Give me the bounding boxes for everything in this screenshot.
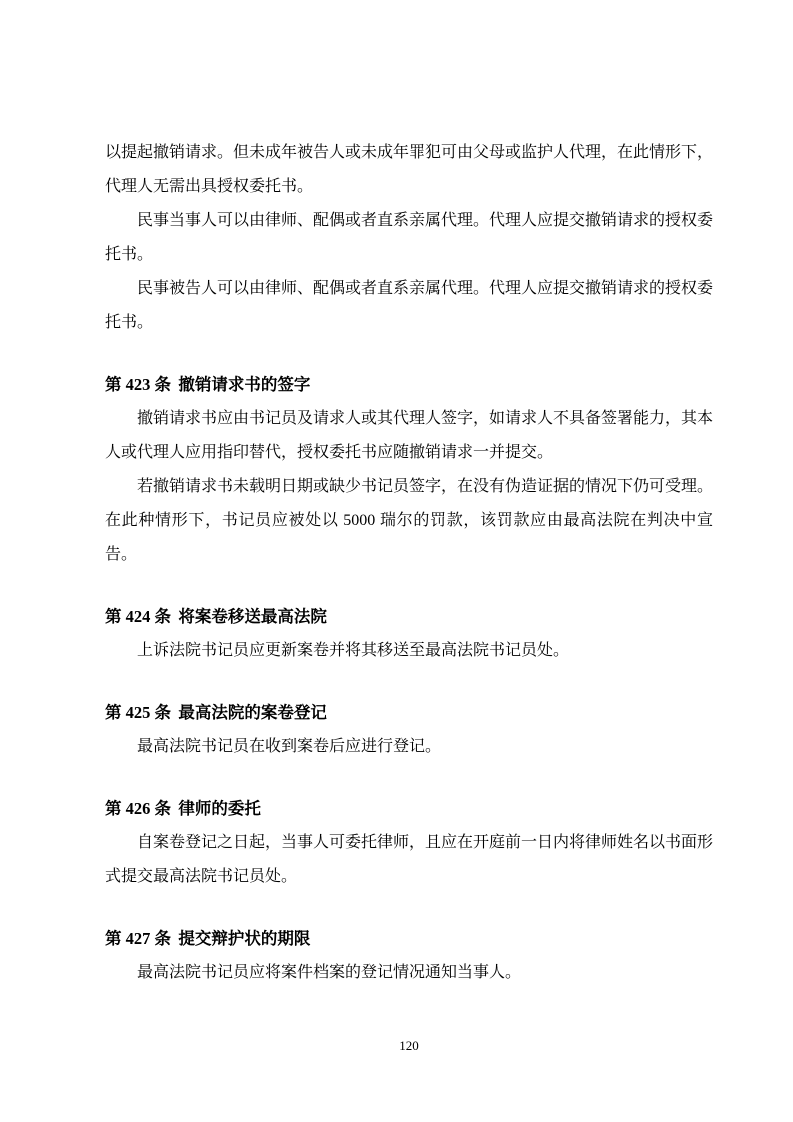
paragraph: 最高法院书记员在收到案卷后应进行登记。	[105, 730, 713, 764]
paragraph: 撤销请求书应由书记员及请求人或其代理人签字，如请求人不具备签署能力，其本人或代理…	[105, 402, 713, 470]
document-page: 以提起撤销请求。但未成年被告人或未成年罪犯可由父母或监护人代理，在此情形下，代理…	[0, 0, 793, 1122]
page-content: 以提起撤销请求。但未成年被告人或未成年罪犯可由父母或监护人代理，在此情形下，代理…	[105, 136, 713, 990]
article-425: 第 425 条最高法院的案卷登记 最高法院书记员在收到案卷后应进行登记。	[105, 696, 713, 764]
continuation-paragraph: 以提起撤销请求。但未成年被告人或未成年罪犯可由父母或监护人代理，在此情形下，代理…	[105, 136, 713, 204]
article-heading: 第 423 条撤销请求书的签字	[105, 368, 713, 402]
paragraph: 最高法院书记员应将案件档案的登记情况通知当事人。	[105, 956, 713, 990]
article-title: 提交辩护状的期限	[178, 929, 310, 948]
paragraph: 若撤销请求书未载明日期或缺少书记员签字，在没有伪造证据的情况下仍可受理。在此种情…	[105, 470, 713, 572]
article-number: 第 424 条	[105, 607, 171, 626]
paragraph: 民事当事人可以由律师、配偶或者直系亲属代理。代理人应提交撤销请求的授权委托书。	[105, 204, 713, 272]
paragraph: 民事被告人可以由律师、配偶或者直系亲属代理。代理人应提交撤销请求的授权委托书。	[105, 272, 713, 340]
article-heading: 第 425 条最高法院的案卷登记	[105, 696, 713, 730]
article-426: 第 426 条律师的委托 自案卷登记之日起，当事人可委托律师，且应在开庭前一日内…	[105, 792, 713, 894]
article-heading: 第 424 条将案卷移送最高法院	[105, 600, 713, 634]
article-number: 第 427 条	[105, 929, 171, 948]
paragraph: 上诉法院书记员应更新案卷并将其移送至最高法院书记员处。	[105, 634, 713, 668]
article-number: 第 425 条	[105, 703, 171, 722]
article-title: 将案卷移送最高法院	[178, 607, 327, 626]
article-423: 第 423 条撤销请求书的签字 撤销请求书应由书记员及请求人或其代理人签字，如请…	[105, 368, 713, 572]
article-number: 第 426 条	[105, 799, 171, 818]
article-number: 第 423 条	[105, 375, 171, 394]
article-title: 律师的委托	[178, 799, 261, 818]
article-title: 撤销请求书的签字	[178, 375, 310, 394]
article-427: 第 427 条提交辩护状的期限 最高法院书记员应将案件档案的登记情况通知当事人。	[105, 922, 713, 990]
article-heading: 第 427 条提交辩护状的期限	[105, 922, 713, 956]
article-424: 第 424 条将案卷移送最高法院 上诉法院书记员应更新案卷并将其移送至最高法院书…	[105, 600, 713, 668]
article-title: 最高法院的案卷登记	[178, 703, 327, 722]
paragraph: 自案卷登记之日起，当事人可委托律师，且应在开庭前一日内将律师姓名以书面形式提交最…	[105, 826, 713, 894]
article-heading: 第 426 条律师的委托	[105, 792, 713, 826]
page-number: 120	[105, 1038, 713, 1054]
